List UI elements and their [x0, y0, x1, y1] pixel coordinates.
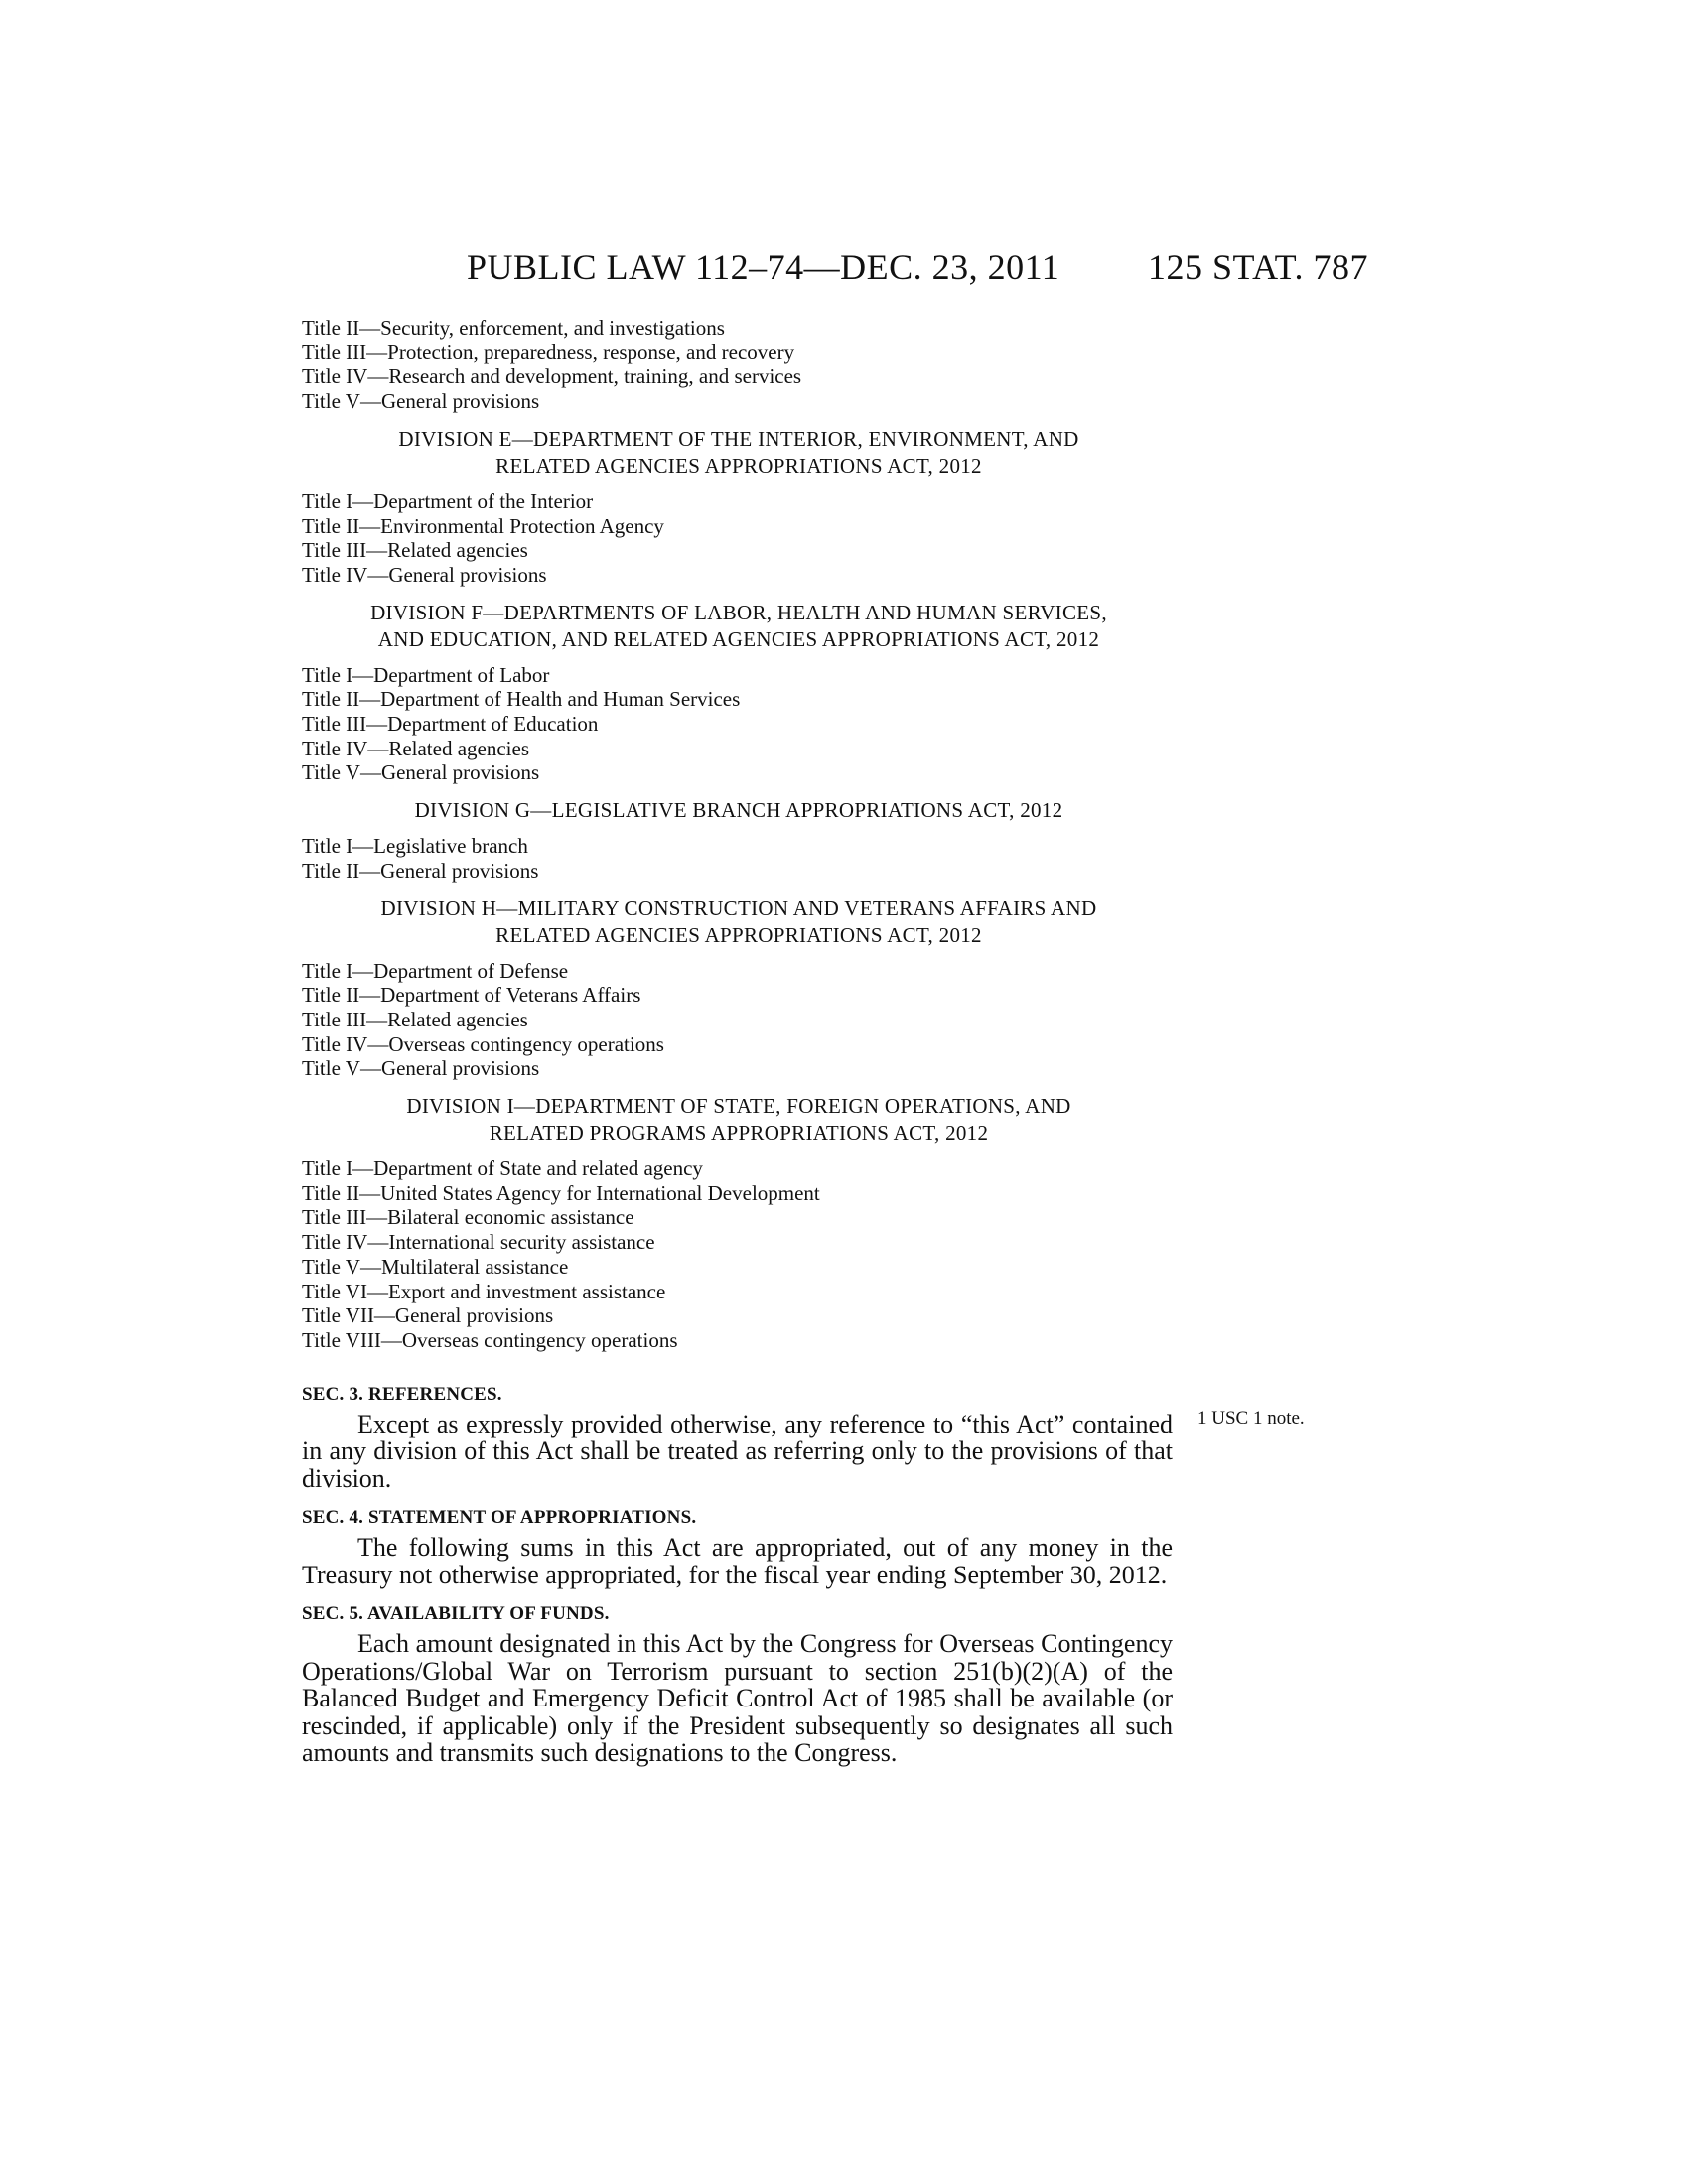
section-4: SEC. 4. STATEMENT OF APPROPRIATIONS. The…	[302, 1506, 1176, 1588]
division-heading: DIVISION F—DEPARTMENTS OF LABOR, HEALTH …	[302, 600, 1176, 653]
division-heading-line: DIVISION E—DEPARTMENT OF THE INTERIOR, E…	[302, 426, 1176, 453]
division-i: DIVISION I—DEPARTMENT OF STATE, FOREIGN …	[302, 1093, 1176, 1353]
division-f: DIVISION F—DEPARTMENTS OF LABOR, HEALTH …	[302, 600, 1176, 786]
division-heading-line: RELATED AGENCIES APPROPRIATIONS ACT, 201…	[302, 453, 1176, 479]
section-heading: SEC. 4. STATEMENT OF APPROPRIATIONS.	[302, 1506, 1176, 1530]
toc-line: Title II—Environmental Protection Agency	[302, 514, 1176, 539]
toc-line: Title II—Security, enforcement, and inve…	[302, 316, 1176, 341]
division-heading-line: AND EDUCATION, AND RELATED AGENCIES APPR…	[302, 626, 1176, 653]
toc-line: Title I—Department of Defense	[302, 959, 1176, 984]
division-heading-line: DIVISION H—MILITARY CONSTRUCTION AND VET…	[302, 895, 1176, 922]
running-header-title: PUBLIC LAW 112–74—DEC. 23, 2011	[467, 246, 1059, 288]
division-heading: DIVISION G—LEGISLATIVE BRANCH APPROPRIAT…	[302, 797, 1176, 824]
toc-line: Title V—General provisions	[302, 1056, 1176, 1081]
toc-line: Title II—General provisions	[302, 859, 1176, 884]
section-3: SEC. 3. REFERENCES. Except as expressly …	[302, 1383, 1176, 1493]
division-heading-line: DIVISION G—LEGISLATIVE BRANCH APPROPRIAT…	[302, 797, 1176, 824]
toc-line: Title II—Department of Veterans Affairs	[302, 983, 1176, 1008]
toc-line: Title I—Department of State and related …	[302, 1157, 1176, 1181]
document-page: PUBLIC LAW 112–74—DEC. 23, 2011 125 STAT…	[0, 0, 1688, 2184]
toc-line: Title V—Multilateral assistance	[302, 1255, 1176, 1280]
toc-line: Title V—General provisions	[302, 760, 1176, 785]
toc-line: Title III—Bilateral economic assistance	[302, 1205, 1176, 1230]
toc-line: Title I—Legislative branch	[302, 834, 1176, 859]
toc-line: Title I—Department of Labor	[302, 663, 1176, 688]
toc-line: Title IV—Overseas contingency operations	[302, 1032, 1176, 1057]
toc-line: Title VIII—Overseas contingency operatio…	[302, 1328, 1176, 1353]
toc-line: Title VI—Export and investment assistanc…	[302, 1280, 1176, 1304]
running-header-stat-page: 125 STAT. 787	[1148, 246, 1368, 288]
section-body: Each amount designated in this Act by th…	[302, 1630, 1173, 1767]
division-g: DIVISION G—LEGISLATIVE BRANCH APPROPRIAT…	[302, 797, 1176, 883]
section-heading: SEC. 3. REFERENCES.	[302, 1383, 1176, 1407]
toc-line: Title III—Department of Education	[302, 712, 1176, 737]
toc-line: Title IV—International security assistan…	[302, 1230, 1176, 1255]
toc-line: Title III—Protection, preparedness, resp…	[302, 341, 1176, 365]
toc-line: Title IV—Research and development, train…	[302, 364, 1176, 389]
toc-line: Title VII—General provisions	[302, 1303, 1176, 1328]
division-heading: DIVISION I—DEPARTMENT OF STATE, FOREIGN …	[302, 1093, 1176, 1147]
division-e: DIVISION E—DEPARTMENT OF THE INTERIOR, E…	[302, 426, 1176, 588]
toc-line: Title V—General provisions	[302, 389, 1176, 414]
section-heading: SEC. 5. AVAILABILITY OF FUNDS.	[302, 1602, 1176, 1626]
toc-continued: Title II—Security, enforcement, and inve…	[302, 316, 1176, 414]
toc-line: Title IV—General provisions	[302, 563, 1176, 588]
section-body: Except as expressly provided otherwise, …	[302, 1411, 1173, 1493]
section-5: SEC. 5. AVAILABILITY OF FUNDS. Each amou…	[302, 1602, 1176, 1767]
division-heading-line: DIVISION F—DEPARTMENTS OF LABOR, HEALTH …	[302, 600, 1176, 626]
division-heading-line: RELATED AGENCIES APPROPRIATIONS ACT, 201…	[302, 922, 1176, 949]
toc-line: Title IV—Related agencies	[302, 737, 1176, 761]
section-body: The following sums in this Act are appro…	[302, 1534, 1173, 1588]
margin-note-usc: 1 USC 1 note.	[1197, 1408, 1305, 1430]
division-heading: DIVISION E—DEPARTMENT OF THE INTERIOR, E…	[302, 426, 1176, 479]
main-column: Title II—Security, enforcement, and inve…	[302, 316, 1176, 1781]
toc-line: Title III—Related agencies	[302, 538, 1176, 563]
toc-line: Title I—Department of the Interior	[302, 489, 1176, 514]
division-h: DIVISION H—MILITARY CONSTRUCTION AND VET…	[302, 895, 1176, 1082]
division-heading-line: RELATED PROGRAMS APPROPRIATIONS ACT, 201…	[302, 1120, 1176, 1147]
toc-line: Title II—Department of Health and Human …	[302, 687, 1176, 712]
division-heading-line: DIVISION I—DEPARTMENT OF STATE, FOREIGN …	[302, 1093, 1176, 1120]
division-heading: DIVISION H—MILITARY CONSTRUCTION AND VET…	[302, 895, 1176, 949]
toc-line: Title III—Related agencies	[302, 1008, 1176, 1032]
toc-line: Title II—United States Agency for Intern…	[302, 1181, 1176, 1206]
